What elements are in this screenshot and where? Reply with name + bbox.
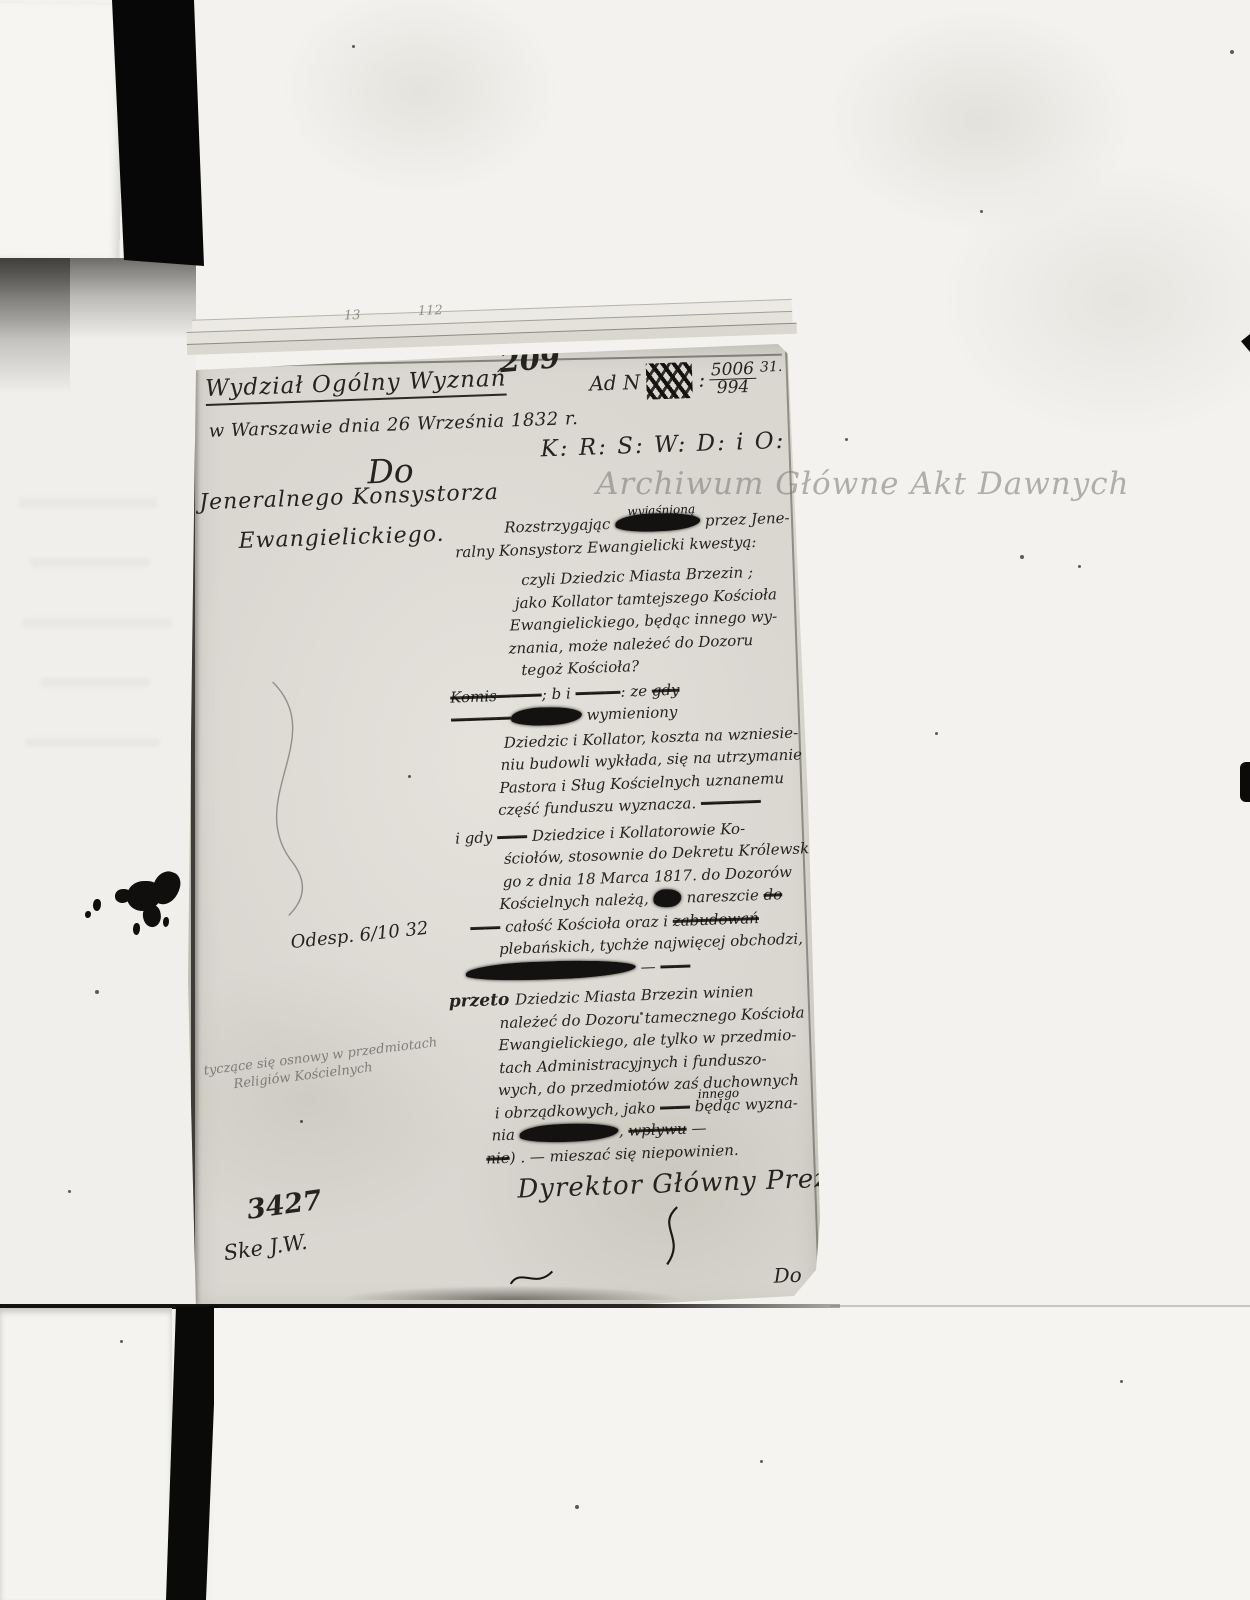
struck-text: nie — [486, 1148, 510, 1167]
ink-blot-text: ■■■■■■wyjaśnioną — [615, 512, 701, 533]
dust-speck — [575, 1505, 579, 1509]
dust-speck — [300, 1120, 303, 1123]
recipient-abbreviation: K: R: S: W: D: i O: P: — — [540, 425, 856, 462]
ref-fraction: 5006 994 — [709, 360, 757, 397]
handwritten-text: ; b i — [541, 684, 575, 703]
addressee-line-1: Jeneralnego Konsystorza — [199, 480, 499, 515]
dust-speck — [1230, 50, 1234, 54]
dust-speck — [760, 1460, 763, 1463]
dust-speck — [352, 45, 355, 48]
ink-blot — [85, 853, 195, 943]
catchword: Do — [773, 1263, 802, 1288]
handwritten-text: przeto — [449, 990, 516, 1012]
black-spine-strip-bottom — [166, 1306, 218, 1600]
stack-number: 13 — [344, 308, 361, 324]
dust-speck — [1020, 555, 1024, 559]
handwritten-text: , — [619, 1122, 629, 1140]
ink-blot-text: ■■■■■■■ — [519, 1122, 619, 1143]
dust-speck — [408, 775, 411, 778]
struck-text: —— — [497, 827, 528, 846]
handwritten-text: i gdy — [455, 828, 498, 847]
dust-speck — [1078, 565, 1081, 568]
handwritten-text: tegoż Kościoła? — [521, 657, 639, 679]
struck-text: wpływu — [628, 1120, 687, 1140]
place-date-line: w Warszawie dnia 26 Września 1832 r. — [208, 408, 578, 442]
flourish-mark — [507, 1264, 556, 1290]
left-underlying-page — [0, 258, 196, 1310]
clerk-initials: Ske J.W. — [222, 1230, 309, 1265]
signature-line: Dyrektor Główny Prezyduj — [517, 1162, 890, 1205]
handwritten-text: : ze — [620, 681, 652, 700]
dust-speck — [935, 732, 938, 735]
archival-scan: 13 112 Wydział Ogólny Wyznań w Warszawie… — [0, 0, 1250, 1600]
reference-number: Ad N : 5006 994 31. — [589, 359, 784, 402]
struck-text: zabudowań — [672, 909, 759, 930]
black-spine-gap-top — [106, 0, 216, 270]
pencil-margin-note: tyczące się osnowy w przedmiotach Religi… — [203, 1034, 441, 1096]
handwritten-text: Kościelnych należą, — [499, 890, 654, 913]
ref-suffix: 31. — [760, 359, 783, 376]
struck-text: gdy — [651, 680, 679, 699]
handwritten-text: ralny Konsystorz Ewangielicki kwestyą: — [455, 532, 757, 561]
crossed-out-number — [646, 362, 693, 400]
handwritten-text: nareszcie — [681, 886, 763, 907]
stack-number: 112 — [418, 303, 443, 319]
struck-text: ———— — [701, 792, 762, 812]
struck-text: ——— — [575, 682, 621, 702]
department-heading: Wydział Ogólny Wyznań — [205, 366, 507, 406]
dust-speck — [845, 438, 848, 441]
smudge-corner — [0, 258, 70, 418]
struck-text: —— — [660, 1097, 691, 1116]
handwritten-text: — — [636, 957, 661, 976]
bottom-left-sheet — [0, 1308, 172, 1600]
ink-blot-text: ■■■■■ — [511, 706, 582, 726]
page-number: 209 — [498, 340, 561, 379]
register-number: 3427 — [245, 1185, 324, 1226]
dust-speck — [980, 210, 983, 213]
ink-blot-text: ■■■■■■■■■■■■ — [466, 958, 637, 982]
body-lines: Rozstrzygając ■■■■■■wyjaśnioną przez Jen… — [444, 505, 852, 1170]
scan-edge-mark — [1240, 762, 1250, 802]
struck-text: do — [763, 885, 782, 904]
scan-edge-mark — [1241, 334, 1250, 352]
dust-speck — [95, 990, 99, 994]
handwritten-text: wyzna- — [745, 1093, 798, 1113]
handwritten-text: — — [686, 1119, 706, 1138]
crease-mark — [233, 678, 341, 921]
dust-speck — [1120, 1380, 1123, 1383]
struck-text: —— — [660, 956, 691, 975]
struck-text: —— — [470, 918, 501, 937]
handwritten-text: przez Jene- — [700, 509, 790, 530]
struck-text: ———— — [451, 709, 512, 729]
signature-flourish — [645, 1204, 693, 1270]
top-left-sheet — [0, 1, 125, 266]
dust-speck — [68, 1190, 71, 1193]
handwritten-text: będąc innego — [690, 1095, 746, 1115]
handwritten-text: Rozstrzygając — [504, 515, 615, 537]
handwritten-text: część funduszu wyznacza. — [498, 794, 701, 819]
bottom-right-sheet — [214, 1308, 1250, 1600]
handwritten-text: i obrządkowych, jako — [494, 1098, 660, 1122]
handwritten-text: wymieniony — [581, 703, 677, 724]
ink-blot-text: ■■ — [653, 889, 682, 908]
struck-text: Komis——— — [450, 685, 542, 706]
ref-prefix: Ad N — [589, 370, 641, 396]
archive-watermark: Archiwum Główne Akt Dawnych — [596, 466, 1130, 502]
addressee-line-2: Ewangielickiego. — [238, 522, 445, 554]
dispatch-note: Odesp. 6/10 32 — [290, 918, 430, 953]
interlinear-insertion: innego — [697, 1081, 739, 1105]
dust-speck — [640, 1012, 643, 1015]
ref-separator: : — [698, 368, 706, 392]
dust-speck — [120, 1340, 123, 1343]
handwritten-text: nia — [491, 1126, 520, 1145]
